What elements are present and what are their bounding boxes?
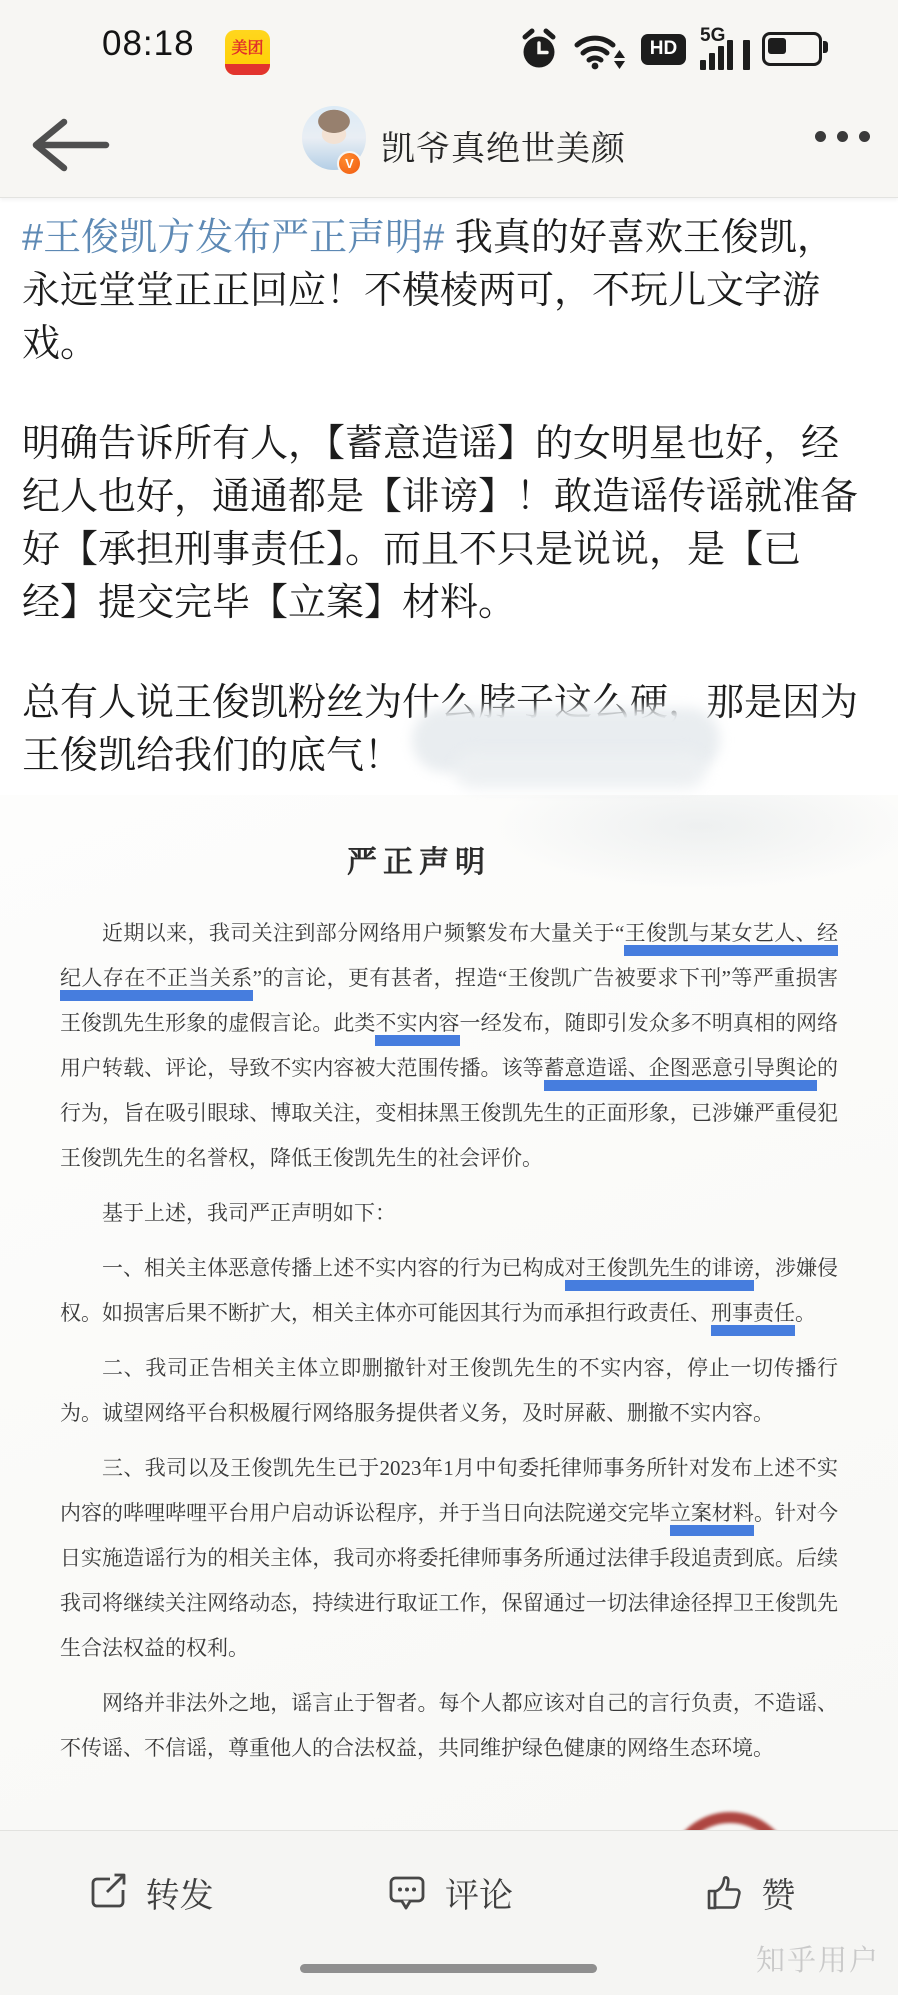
text-segment: 明确告诉所有人，【蓄意造谣】的女明星也好，经 <box>22 423 839 465</box>
text-segment: 。 <box>795 1301 816 1325</box>
comment-label: 评论 <box>445 1868 513 1917</box>
repost-button[interactable]: 转发 <box>0 1831 299 1953</box>
text-segment: 二、我司正告相关主体立即删撤针对王俊凯先生的不实内容，停止一切传播行为。诚望网络… <box>60 1356 838 1425</box>
meituan-ribbon <box>225 64 270 75</box>
like-button[interactable]: 赞 <box>599 1831 898 1953</box>
comment-icon <box>385 1870 429 1914</box>
post-line: 戏。 <box>22 318 884 371</box>
statement-paragraph: 网络并非法外之地，谣言止于智者。每个人都应该对自己的言行负责，不造谣、不传谣、不… <box>60 1681 838 1771</box>
redaction-smudge <box>455 752 705 788</box>
post-paragraph: #王俊凯方发布严正声明# 我真的好喜欢王俊凯，永远堂堂正正回应！不模棱两可，不玩… <box>22 212 884 371</box>
post-line: #王俊凯方发布严正声明# 我真的好喜欢王俊凯， <box>22 212 884 265</box>
like-icon <box>701 1870 745 1914</box>
meituan-app-label: 美团 <box>225 35 270 58</box>
statement-text: 近期以来，我司关注到部分网络用户频繁发布大量关于“王俊凯与某女艺人、经纪人存在不… <box>60 911 838 1771</box>
statement-paragraph: 基于上述，我司严正声明如下： <box>60 1191 838 1236</box>
signal-5g-icon: 5G <box>700 27 748 71</box>
comment-button[interactable]: 评论 <box>299 1831 598 1953</box>
statement-paragraph: 一、相关主体恶意传播上述不实内容的行为已构成对王俊凯先生的诽谤，涉嫌侵权。如损害… <box>60 1246 838 1336</box>
text-segment: 经】提交完毕【立案】材料。 <box>22 582 516 624</box>
text-segment: 王俊凯给我们的底气！ <box>22 735 402 777</box>
text-segment: 近期以来，我司关注到部分网络用户频繁发布大量关于“ <box>102 921 624 945</box>
text-segment: 不实内容 <box>375 1011 459 1046</box>
text-segment: 好【承担刑事责任】。而且不只是说说，是【已 <box>22 529 801 571</box>
post-line: 经】提交完毕【立案】材料。 <box>22 577 884 630</box>
text-segment: 戏。 <box>22 323 98 365</box>
post-line: 永远堂堂正正回应！不模棱两可，不玩儿文字游 <box>22 265 884 318</box>
repost-label: 转发 <box>146 1868 214 1917</box>
battery-icon <box>762 32 822 66</box>
watermark: 知乎用户 <box>756 1938 880 1979</box>
text-segment: 纪人也好，通通都是【诽谤】！敢造谣传谣就准备 <box>22 476 858 518</box>
wifi-icon <box>573 27 627 71</box>
statement-paragraph: 三、我司以及王俊凯先生已于2023年1月中旬委托律师事务所针对发布上述不实内容的… <box>60 1446 838 1671</box>
text-segment: 永远堂堂正正回应！不模棱两可，不玩儿文字游 <box>22 270 820 312</box>
header: 08:18 美团 HD 5G <box>0 0 898 198</box>
text-segment: 立案材料 <box>670 1501 754 1536</box>
alarm-icon <box>519 27 559 71</box>
post-line: 纪人也好，通通都是【诽谤】！敢造谣传谣就准备 <box>22 471 884 524</box>
statement-paragraph: 近期以来，我司关注到部分网络用户频繁发布大量关于“王俊凯与某女艺人、经纪人存在不… <box>60 911 838 1181</box>
post-line: 好【承担刑事责任】。而且不只是说说，是【已 <box>22 524 884 577</box>
more-menu-button[interactable] <box>815 131 870 142</box>
page-title: 凯爷真绝世美颜 <box>381 121 626 170</box>
statement-image[interactable]: 严正声明 近期以来，我司关注到部分网络用户频繁发布大量关于“王俊凯与某女艺人、经… <box>60 840 838 1781</box>
verified-badge: V <box>337 151 362 176</box>
statement-paragraph: 二、我司正告相关主体立即删撤针对王俊凯先生的不实内容，停止一切传播行为。诚望网络… <box>60 1346 838 1436</box>
text-segment: 网络并非法外之地，谣言止于智者。每个人都应该对自己的言行负责，不造谣、不传谣、不… <box>60 1691 838 1760</box>
post-paragraph: 明确告诉所有人，【蓄意造谣】的女明星也好，经纪人也好，通通都是【诽谤】！敢造谣传… <box>22 418 884 630</box>
statement-title: 严正声明 <box>30 840 808 885</box>
status-icons: HD 5G <box>519 26 822 72</box>
hashtag-link[interactable]: #王俊凯方发布严正声明# <box>22 217 444 259</box>
home-indicator[interactable] <box>300 1964 597 1973</box>
text-segment: 基于上述，我司严正声明如下： <box>102 1201 396 1225</box>
post-line: 明确告诉所有人，【蓄意造谣】的女明星也好，经 <box>22 418 884 471</box>
meituan-app-icon: 美团 <box>225 30 270 75</box>
text-segment: 蓄意造谣、企图恶意引导舆论 <box>544 1056 817 1091</box>
text-segment: 刑事责任 <box>711 1301 795 1336</box>
like-label: 赞 <box>761 1868 795 1917</box>
signal-bars <box>700 40 750 70</box>
repost-icon <box>86 1870 130 1914</box>
text-segment: 对王俊凯先生的诽谤 <box>565 1256 754 1291</box>
back-button[interactable] <box>26 116 110 174</box>
text-segment: 一、相关主体恶意传播上述不实内容的行为已构成 <box>102 1256 565 1280</box>
status-time: 08:18 <box>102 24 195 64</box>
hd-icon: HD <box>641 34 686 65</box>
text-segment: 我真的好喜欢王俊凯， <box>444 217 835 259</box>
